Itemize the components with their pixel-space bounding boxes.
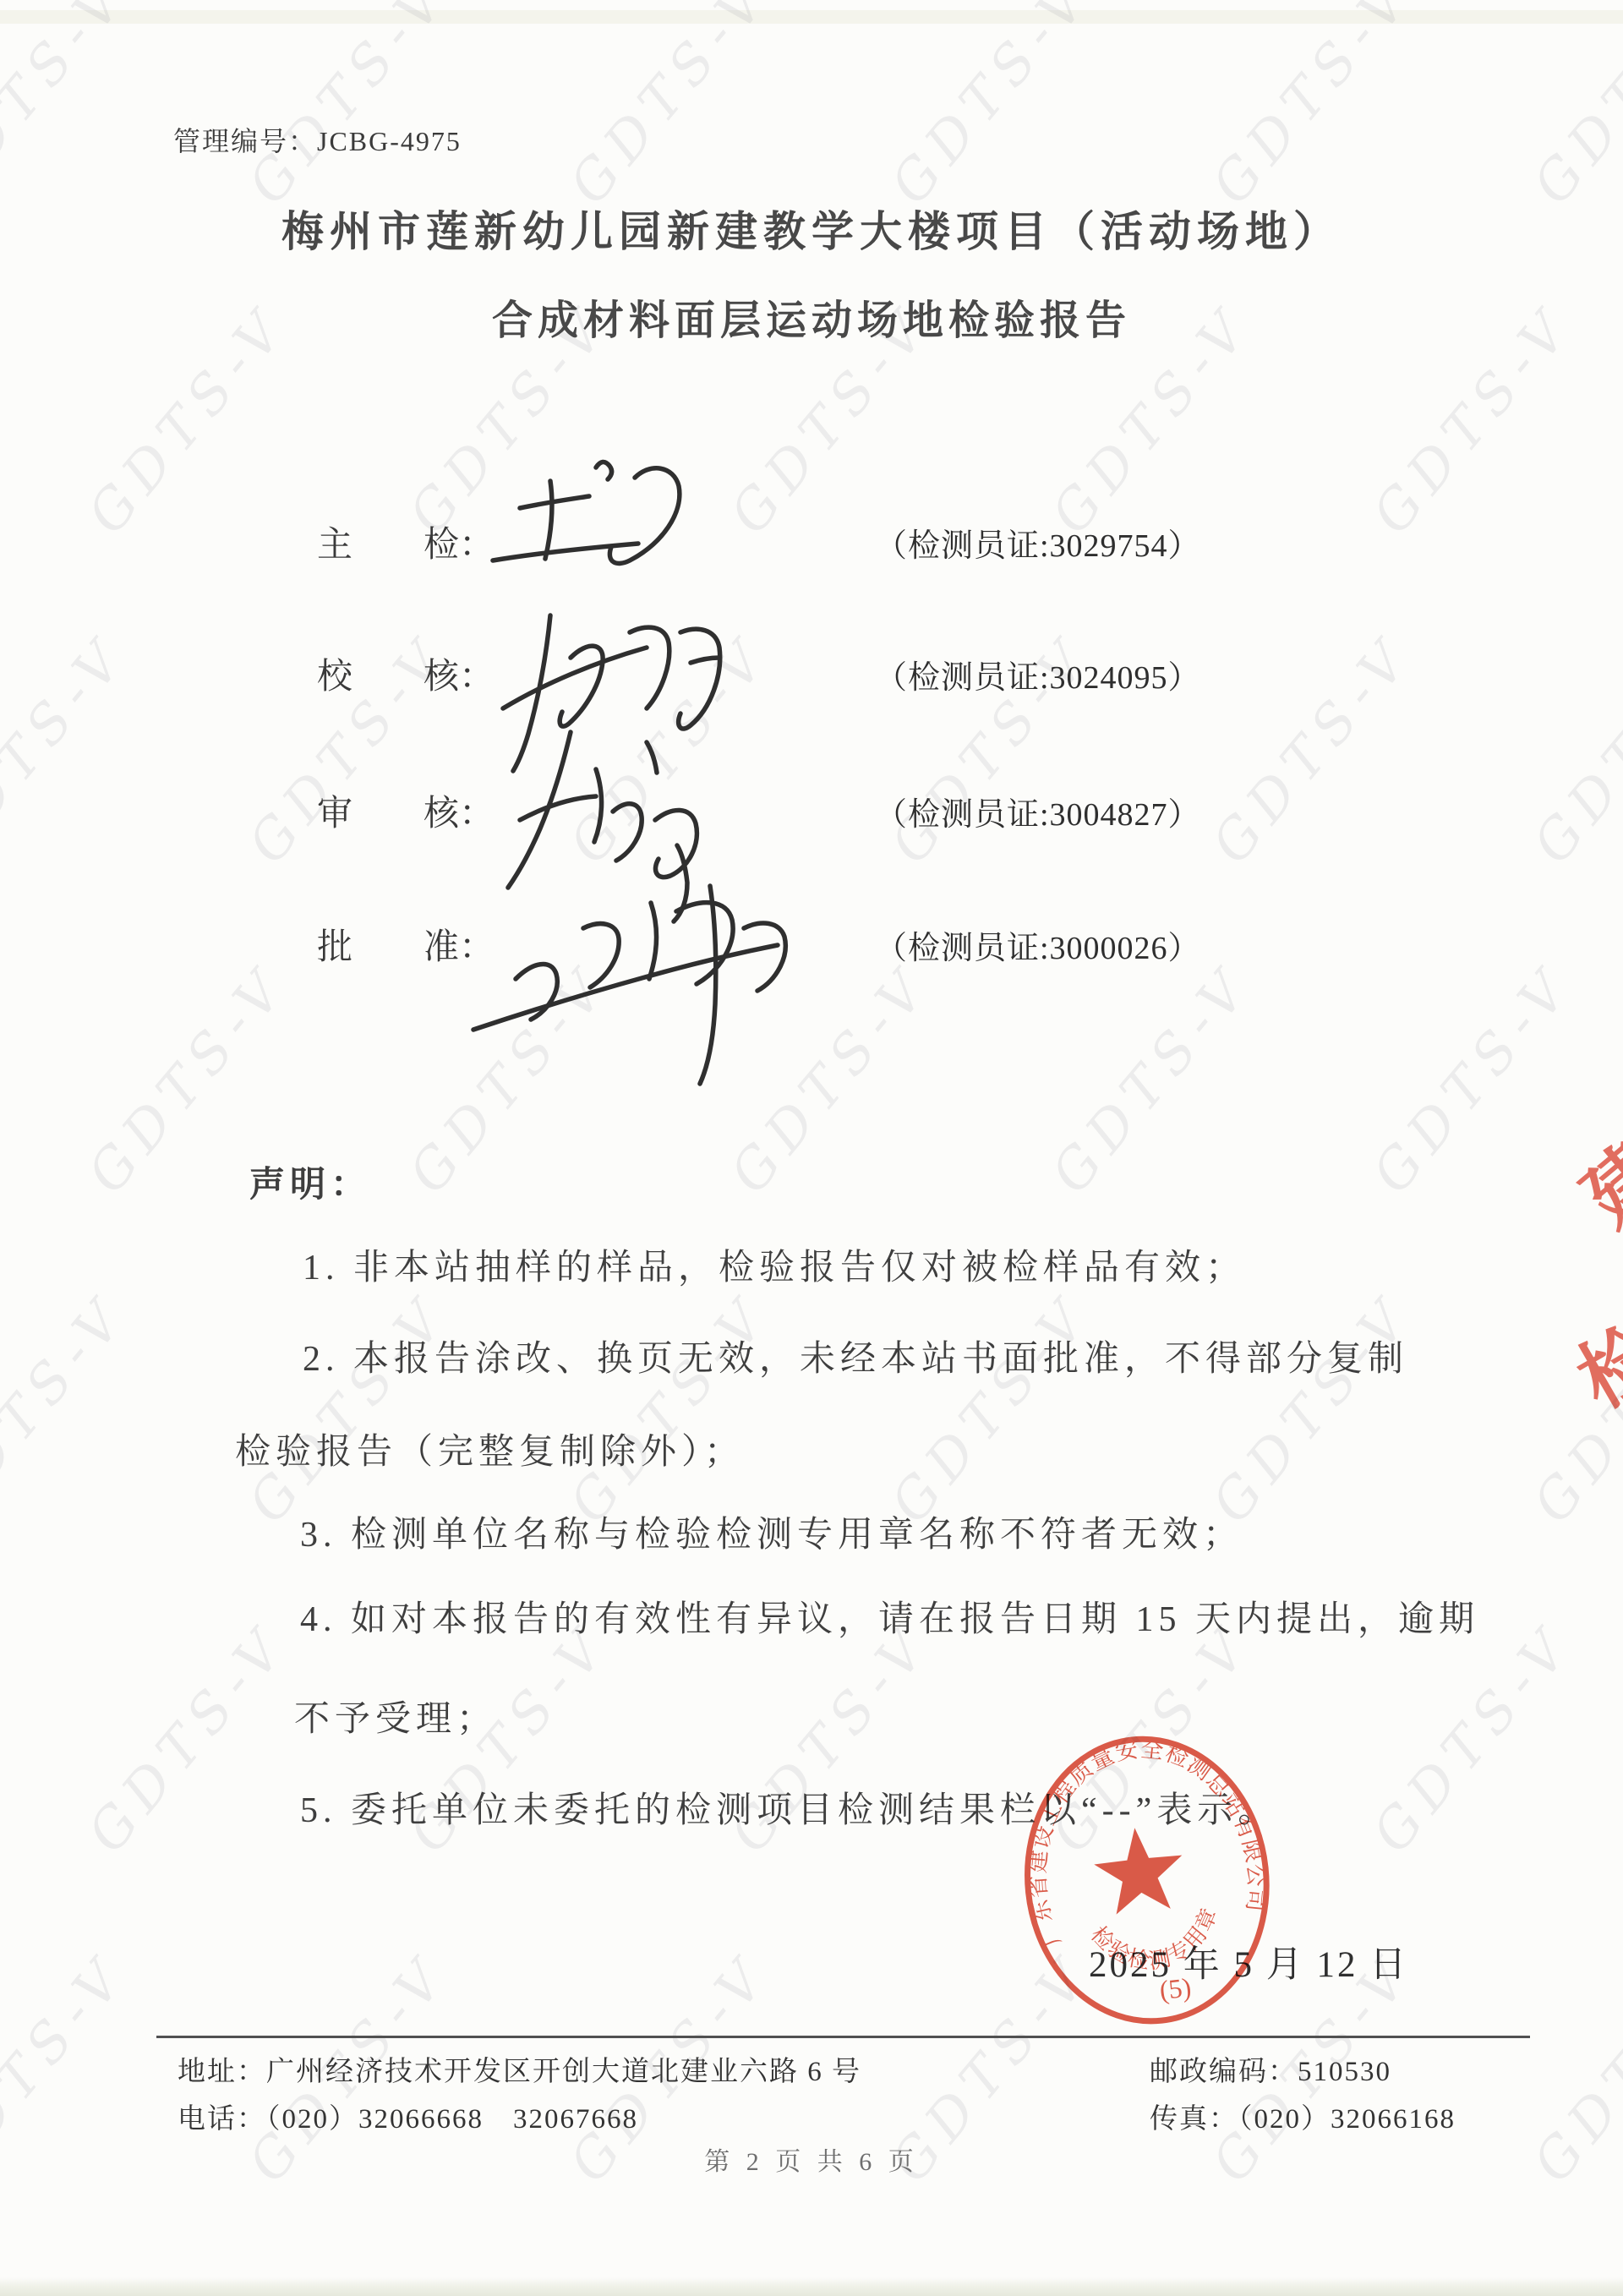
watermark-text: GDTS-V	[879, 1283, 1105, 1535]
edge-stamp-fragment: 建	[1555, 1111, 1623, 1246]
svg-text:广东省建设工程质量安全检测总站有限公司: 广东省建设工程质量安全检测总站有限公司	[1010, 1724, 1274, 1951]
watermark-text: GDTS-V	[1361, 954, 1587, 1205]
watermark-text: GDTS-V	[1040, 954, 1265, 1205]
cert-number-checker: （检测员证:3024095）	[875, 651, 1201, 697]
footer-postal-code: 邮政编码：510530	[1150, 2049, 1391, 2089]
watermark-text: GDTS-V	[879, 0, 1105, 216]
declaration-item-3: 3. 检测单位名称与检验检测专用章名称不符者无效；	[300, 1506, 1243, 1557]
stamp-seal-number: (5)	[1158, 1971, 1193, 2005]
report-title-line-2: 合成材料面层运动场地检验报告	[0, 287, 1623, 346]
watermark-text: GDTS-V	[237, 1283, 462, 1535]
watermark-text: GDTS-V	[1200, 624, 1426, 876]
role-label-chief-inspector: 主 检：	[317, 517, 495, 567]
footer-address: 地址：广州经济技术开发区开创大道北建业六路 6 号	[178, 2049, 861, 2089]
watermark-text: GDTS-V	[1522, 0, 1623, 216]
scan-edge-bottom	[0, 2277, 1623, 2296]
stamp-seal-label: 检验检测专用章	[1084, 1901, 1228, 1981]
page-number: 第 2 页 共 6 页	[0, 2140, 1623, 2178]
watermark-text: GDTS-V	[1361, 1613, 1587, 1865]
watermark-text: GDTS-V	[0, 0, 141, 216]
cert-number-approver: （检测员证:3000026）	[875, 921, 1201, 968]
footer-fax: 传真：（020）32066168	[1150, 2096, 1456, 2136]
signature-approver	[456, 852, 828, 1089]
declaration-heading: 声明：	[249, 1156, 371, 1207]
watermark-text: GDTS-V	[1200, 1283, 1426, 1535]
edge-stamp-fragment: （	[1571, 1380, 1623, 1514]
stamp-company-text: 广东省建设工程质量安全检测总站有限公司	[1010, 1724, 1274, 1951]
scan-edge-top	[0, 10, 1623, 24]
report-page: GDTS-VGDTS-VGDTS-VGDTS-VGDTS-VGDTS-VGDTS…	[0, 0, 1623, 2296]
role-label-checker: 校 核：	[317, 648, 495, 699]
watermark-text: GDTS-V	[237, 0, 462, 216]
cert-number-chief-inspector: （检测员证:3029754）	[875, 519, 1201, 566]
stamp-star-icon	[1090, 1823, 1187, 1916]
footer-phone: 电话：（020）32066668 32067668	[178, 2096, 638, 2136]
footer-divider	[156, 2036, 1530, 2038]
declaration-item-4-continued: 不予受理；	[294, 1691, 497, 1741]
svg-text:检验检测专用章: 检验检测专用章	[1084, 1901, 1228, 1981]
company-seal-stamp: 广东省建设工程质量安全检测总站有限公司 检验检测专用章 (5)	[1003, 1719, 1291, 2044]
watermark-text: GDTS-V	[0, 624, 141, 876]
report-title-line-1: 梅州市莲新幼儿园新建教学大楼项目（活动场地）	[0, 198, 1623, 259]
declaration-item-2: 2. 本报告涂改、换页无效，未经本站书面批准，不得部分复制	[303, 1331, 1408, 1381]
declaration-item-2-continued: 检验报告（完整复制除外）；	[235, 1424, 745, 1474]
watermark-text: GDTS-V	[76, 1613, 302, 1865]
declaration-item-1: 1. 非本站抽样的样品，检验报告仅对被检样品有效；	[303, 1239, 1246, 1290]
watermark-text: GDTS-V	[1522, 624, 1623, 876]
watermark-text: GDTS-V	[558, 0, 784, 216]
cert-number-reviewer: （检测员证:3004827）	[875, 788, 1201, 834]
declaration-item-4: 4. 如对本报告的有效性有异议，请在报告日期 15 天内提出，逾期	[300, 1591, 1479, 1642]
role-label-reviewer: 审 核：	[317, 785, 495, 836]
watermark-text: GDTS-V	[558, 1283, 784, 1535]
watermark-text: GDTS-V	[0, 1283, 141, 1535]
watermark-text: GDTS-V	[1200, 0, 1426, 216]
management-number: 管理编号：JCBG-4975	[173, 120, 462, 159]
